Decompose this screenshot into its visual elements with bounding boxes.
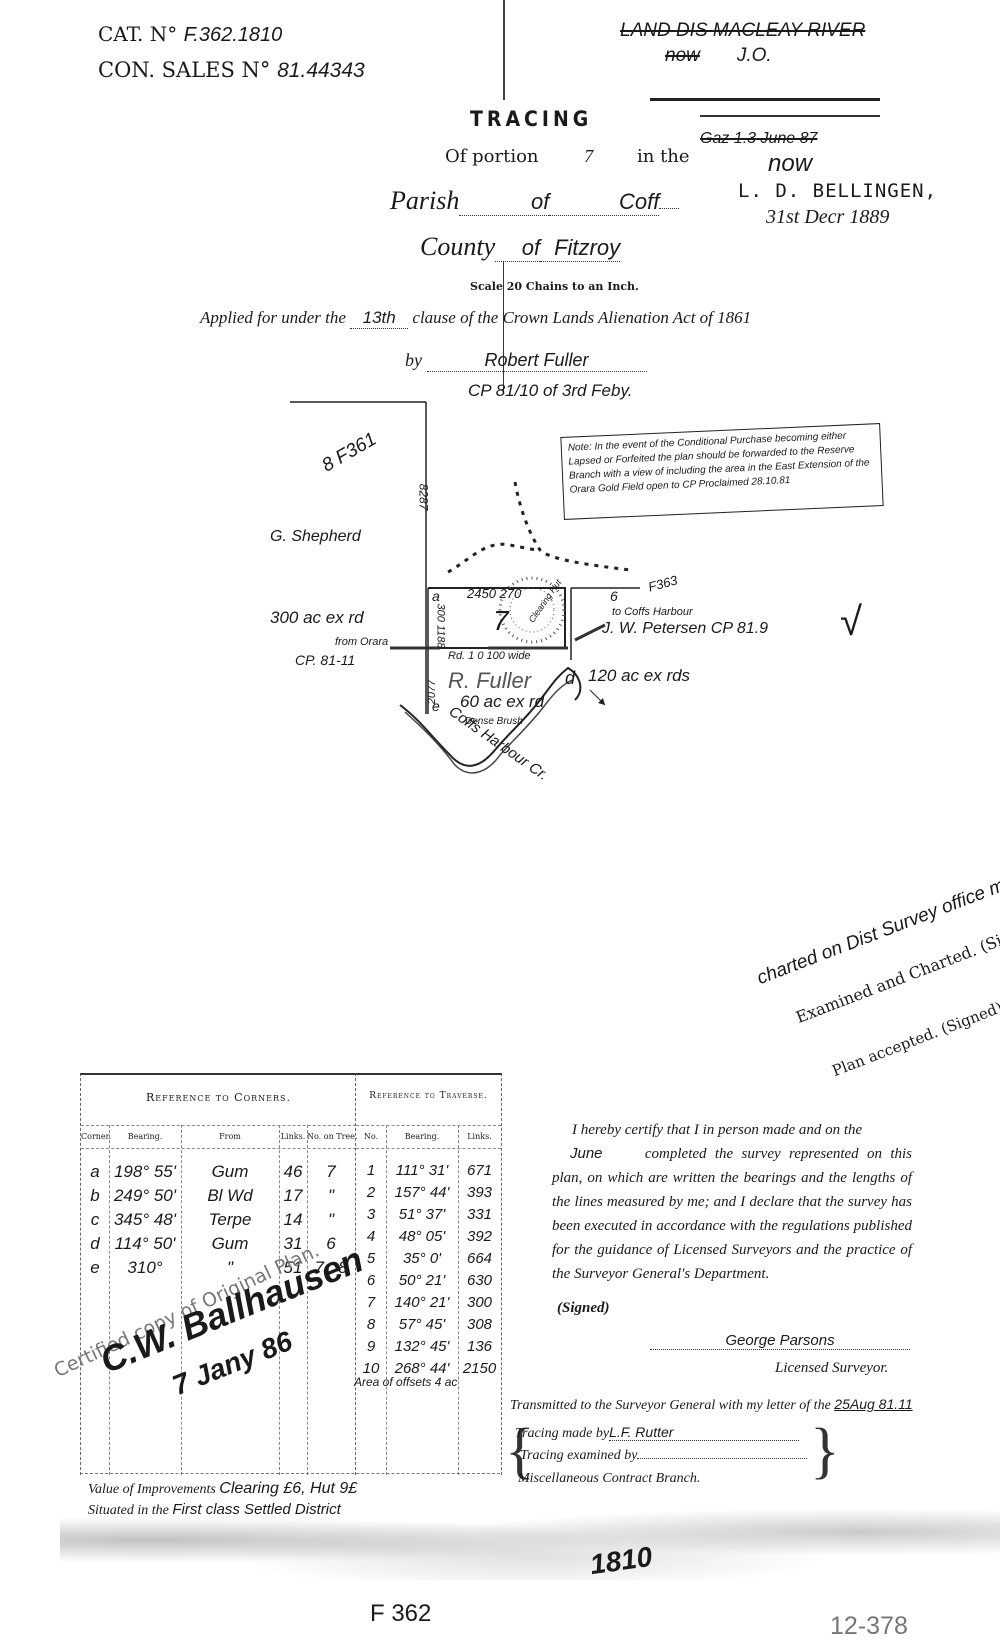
applied-prefix: Applied for under the: [200, 308, 346, 327]
traverse-cell: 2: [356, 1184, 386, 1201]
tracing-made-line: Tracing made byL.F. Rutter: [515, 1424, 799, 1442]
certificate-part2: completed the survey represented on this…: [552, 1146, 912, 1282]
traverse-cell: 1: [356, 1162, 386, 1179]
corner-row: c345° 48'Terpe14": [81, 1208, 356, 1232]
con-sales-number: CON. SALES N° 81.44343: [98, 58, 365, 83]
corner-row: a198° 55'Gum467: [81, 1160, 356, 1184]
strike-line: [650, 98, 880, 101]
traverse-row: 448° 05'392: [356, 1226, 501, 1250]
transmitted-line: Transmitted to the Surveyor General with…: [510, 1396, 913, 1414]
county-of: of: [495, 235, 540, 262]
header-links: Links.: [458, 1132, 501, 1141]
corner-cell: 345° 48': [109, 1210, 181, 1230]
traverse-cell: 50° 21': [386, 1272, 458, 1289]
map-label-west-area: 300 ac ex rd: [270, 608, 364, 628]
traverse-cell: 132° 45': [386, 1338, 458, 1355]
corner-cell: 114° 50': [109, 1234, 181, 1254]
map-label-road: Rd. 1 0 100 wide: [448, 650, 531, 662]
cat-no-label: CAT. N°: [98, 22, 177, 46]
traverse-row: 535° 0'664: [356, 1248, 501, 1272]
traverse-row: 7140° 21'300: [356, 1292, 501, 1316]
traverse-cell: 51° 37': [386, 1206, 458, 1223]
map-label-corner-d: d: [565, 668, 575, 689]
cat-no-value: F.362.1810: [184, 24, 283, 46]
traverse-row: 351° 37'331: [356, 1204, 501, 1228]
tracing-examined-by: [637, 1458, 807, 1459]
charted-stamp: charted on Dist Survey office map.- F.B.…: [754, 825, 1000, 990]
land-district: LAND DIS MACLEAY RIVER: [620, 20, 865, 42]
corners-table-title: Reference to Corners.: [81, 1091, 356, 1104]
traverse-cell: 157° 44': [386, 1184, 458, 1201]
corner-cell: Gum: [181, 1162, 279, 1182]
header-corner: Corner.: [81, 1132, 109, 1141]
traverse-cell: 300: [458, 1294, 501, 1311]
corner-cell: a: [81, 1162, 109, 1182]
parish-name: Coff: [549, 189, 659, 216]
corner-cell: 310°: [109, 1258, 181, 1278]
now-note-initials: J.O.: [737, 45, 772, 66]
corner-cell: ": [307, 1210, 355, 1230]
tracing-examined-line: Tracing examined by: [520, 1448, 807, 1464]
corner-cell: 14: [279, 1210, 307, 1230]
surveyor-title: Licensed Surveyor.: [775, 1360, 888, 1377]
map-label-portion-6: 6: [610, 588, 618, 604]
corner-cell: c: [81, 1210, 109, 1230]
portion-line: Of portion 7 in the: [445, 146, 690, 167]
traverse-cell: 3: [356, 1206, 386, 1223]
county-line: CountyofFitzroy: [420, 232, 620, 262]
portion-suffix: in the: [637, 146, 690, 167]
traverse-cell: 4: [356, 1228, 386, 1245]
corner-cell: 46: [279, 1162, 307, 1182]
con-sales-label: CON. SALES N°: [98, 58, 270, 82]
traverse-cell: 308: [458, 1316, 501, 1333]
map-label-west-len: 300 1188: [435, 603, 447, 648]
traverse-cell: 2150: [458, 1360, 501, 1377]
tracing-made-label: Tracing made by: [515, 1426, 609, 1441]
applicant-name: Robert Fuller: [427, 350, 647, 372]
corner-cell: Gum: [181, 1234, 279, 1254]
portion-prefix: Of portion: [445, 146, 539, 167]
map-label-portion-no: 7: [493, 605, 509, 637]
situated-line: Situated in the First class Settled Dist…: [88, 1501, 341, 1519]
traverse-table-header: No. Bearing. Links.: [356, 1125, 501, 1149]
traverse-row: 9132° 45'136: [356, 1336, 501, 1360]
map-label-top-bearing: 2450 270: [467, 586, 521, 601]
traverse-footer: Area of offsets 4 ac: [354, 1375, 457, 1389]
district-stamp: L. D. BELLINGEN,: [738, 180, 937, 202]
corner-cell: 249° 50': [109, 1186, 181, 1206]
value-improvements-line: Value of Improvements Clearing £6, Hut 9…: [88, 1480, 357, 1498]
portion-number: 7: [584, 146, 593, 166]
traverse-row: 857° 45'308: [356, 1314, 501, 1338]
right-brace: }: [810, 1420, 840, 1482]
tracing-examined-label: Tracing examined by: [520, 1448, 637, 1463]
parish-of: of: [459, 189, 549, 216]
traverse-cell: 136: [458, 1338, 501, 1355]
county-label: County: [420, 232, 495, 261]
traverse-cell: 392: [458, 1228, 501, 1245]
corner-cell: b: [81, 1186, 109, 1206]
map-label-from-orara: from Orara: [335, 636, 388, 648]
fold-line: [503, 0, 505, 100]
reference-f362: F 362: [370, 1600, 431, 1628]
value-label: Value of Improvements: [88, 1482, 216, 1497]
traverse-cell: 9: [356, 1338, 386, 1355]
corner-cell: d: [81, 1234, 109, 1254]
tracing-made-by: L.F. Rutter: [609, 1424, 799, 1441]
district-name: First class Settled District: [172, 1501, 340, 1518]
traverse-row: 650° 21'630: [356, 1270, 501, 1294]
applied-suffix: clause of the Crown Lands Alienation Act…: [412, 308, 751, 327]
stamp-number: 1810: [588, 1541, 654, 1581]
catalogue-number: CAT. N° F.362.1810: [98, 22, 282, 47]
traverse-cell: 57° 45': [386, 1316, 458, 1333]
table-bottom-rule: [80, 1473, 500, 1474]
corner-cell: Terpe: [181, 1210, 279, 1230]
header-links: Links.: [279, 1132, 307, 1141]
clause-number: 13th: [350, 308, 408, 329]
traverse-cell: 393: [458, 1184, 501, 1201]
map-label-petersen: J. W. Petersen CP 81.9: [602, 620, 768, 638]
traverse-cell: 7: [356, 1294, 386, 1311]
map-label-west-cp: CP. 81-11: [295, 652, 355, 668]
header-bearing: Bearing.: [109, 1132, 181, 1141]
con-sales-value: 81.44343: [277, 59, 365, 82]
traverse-cell: 140° 21': [386, 1294, 458, 1311]
traverse-cell: 331: [458, 1206, 501, 1223]
now-note-struck: now: [665, 45, 700, 66]
map-label-corner-e: e: [432, 698, 440, 714]
signed-label: (Signed): [557, 1300, 610, 1317]
header-bearing: Bearing.: [386, 1132, 458, 1141]
header-tree-no: No. on Tree.: [307, 1132, 355, 1141]
traverse-table: Reference to Traverse. No. Bearing. Link…: [355, 1073, 502, 1475]
map-label-owner: R. Fuller: [448, 668, 531, 694]
survey-month: June: [552, 1145, 637, 1162]
now-label: now: [768, 150, 812, 178]
transmitted-text: Transmitted to the Surveyor General with…: [510, 1398, 831, 1413]
applicant-line: by Robert Fuller: [405, 350, 647, 372]
map-label-area: 60 ac ex rd: [460, 692, 544, 712]
parish-line: ParishofCoff: [390, 186, 679, 216]
header-from: From: [181, 1132, 279, 1141]
map-label-boundary-length: 8287: [416, 484, 430, 511]
branch-label: Miscellaneous Contract Branch.: [518, 1471, 700, 1487]
corner-cell: 7: [307, 1162, 355, 1182]
scale-note: Scale 20 Chains to an Inch.: [470, 280, 639, 293]
traverse-table-title: Reference to Traverse.: [356, 1091, 501, 1101]
survey-certificate: I hereby certify that I in person made a…: [552, 1118, 912, 1286]
corner-cell: e: [81, 1258, 109, 1278]
strike-line: [700, 115, 880, 117]
map-label-corner-a: a: [432, 588, 440, 604]
check-mark: √: [840, 600, 862, 645]
corner-cell: 198° 55': [109, 1162, 181, 1182]
map-label-east-area: 120 ac ex rds: [588, 666, 690, 686]
transmitted-date: 25Aug 81.11: [834, 1396, 912, 1412]
traverse-cell: 48° 05': [386, 1228, 458, 1245]
county-name: Fitzroy: [540, 235, 620, 262]
by-label: by: [405, 350, 422, 370]
corner-row: b249° 50'Bl Wd17": [81, 1184, 356, 1208]
value-amount: Clearing £6, Hut 9£: [219, 1480, 357, 1497]
page-title: TRACING: [470, 107, 592, 131]
corner-cell: Bl Wd: [181, 1186, 279, 1206]
situated-label: Situated in the: [88, 1503, 169, 1518]
traverse-row: 1111° 31'671: [356, 1160, 501, 1184]
corner-cell: ": [307, 1186, 355, 1206]
surveyor-signature: George Parsons: [650, 1332, 910, 1350]
gazette-note: Gaz 1.3 June 87: [700, 130, 817, 148]
traverse-row: 2157° 44'393: [356, 1182, 501, 1206]
applied-line: Applied for under the 13th clause of the…: [200, 308, 751, 329]
cp-reference: CP 81/10 of 3rd Feby.: [468, 381, 632, 401]
traverse-cell: 8: [356, 1316, 386, 1333]
map-label-to-coffs: to Coffs Harbour: [612, 606, 693, 618]
header-no: No.: [356, 1132, 386, 1141]
now-note: now J.O.: [665, 45, 772, 67]
traverse-cell: 671: [458, 1162, 501, 1179]
traverse-cell: 35° 0': [386, 1250, 458, 1267]
district-stamp-date: 31st Decr 1889: [766, 206, 889, 229]
corner-cell: 17: [279, 1186, 307, 1206]
traverse-cell: 630: [458, 1272, 501, 1289]
certificate-part1: I hereby certify that I in person made a…: [552, 1122, 862, 1138]
parish-label: Parish: [390, 186, 459, 215]
corners-table-header: Corner. Bearing. From Links. No. on Tree…: [81, 1125, 356, 1149]
reference-12378: 12-378: [830, 1612, 908, 1641]
map-label-shepherd: G. Shepherd: [270, 528, 361, 546]
traverse-cell: 111° 31': [386, 1162, 458, 1179]
traverse-cell: 664: [458, 1250, 501, 1267]
